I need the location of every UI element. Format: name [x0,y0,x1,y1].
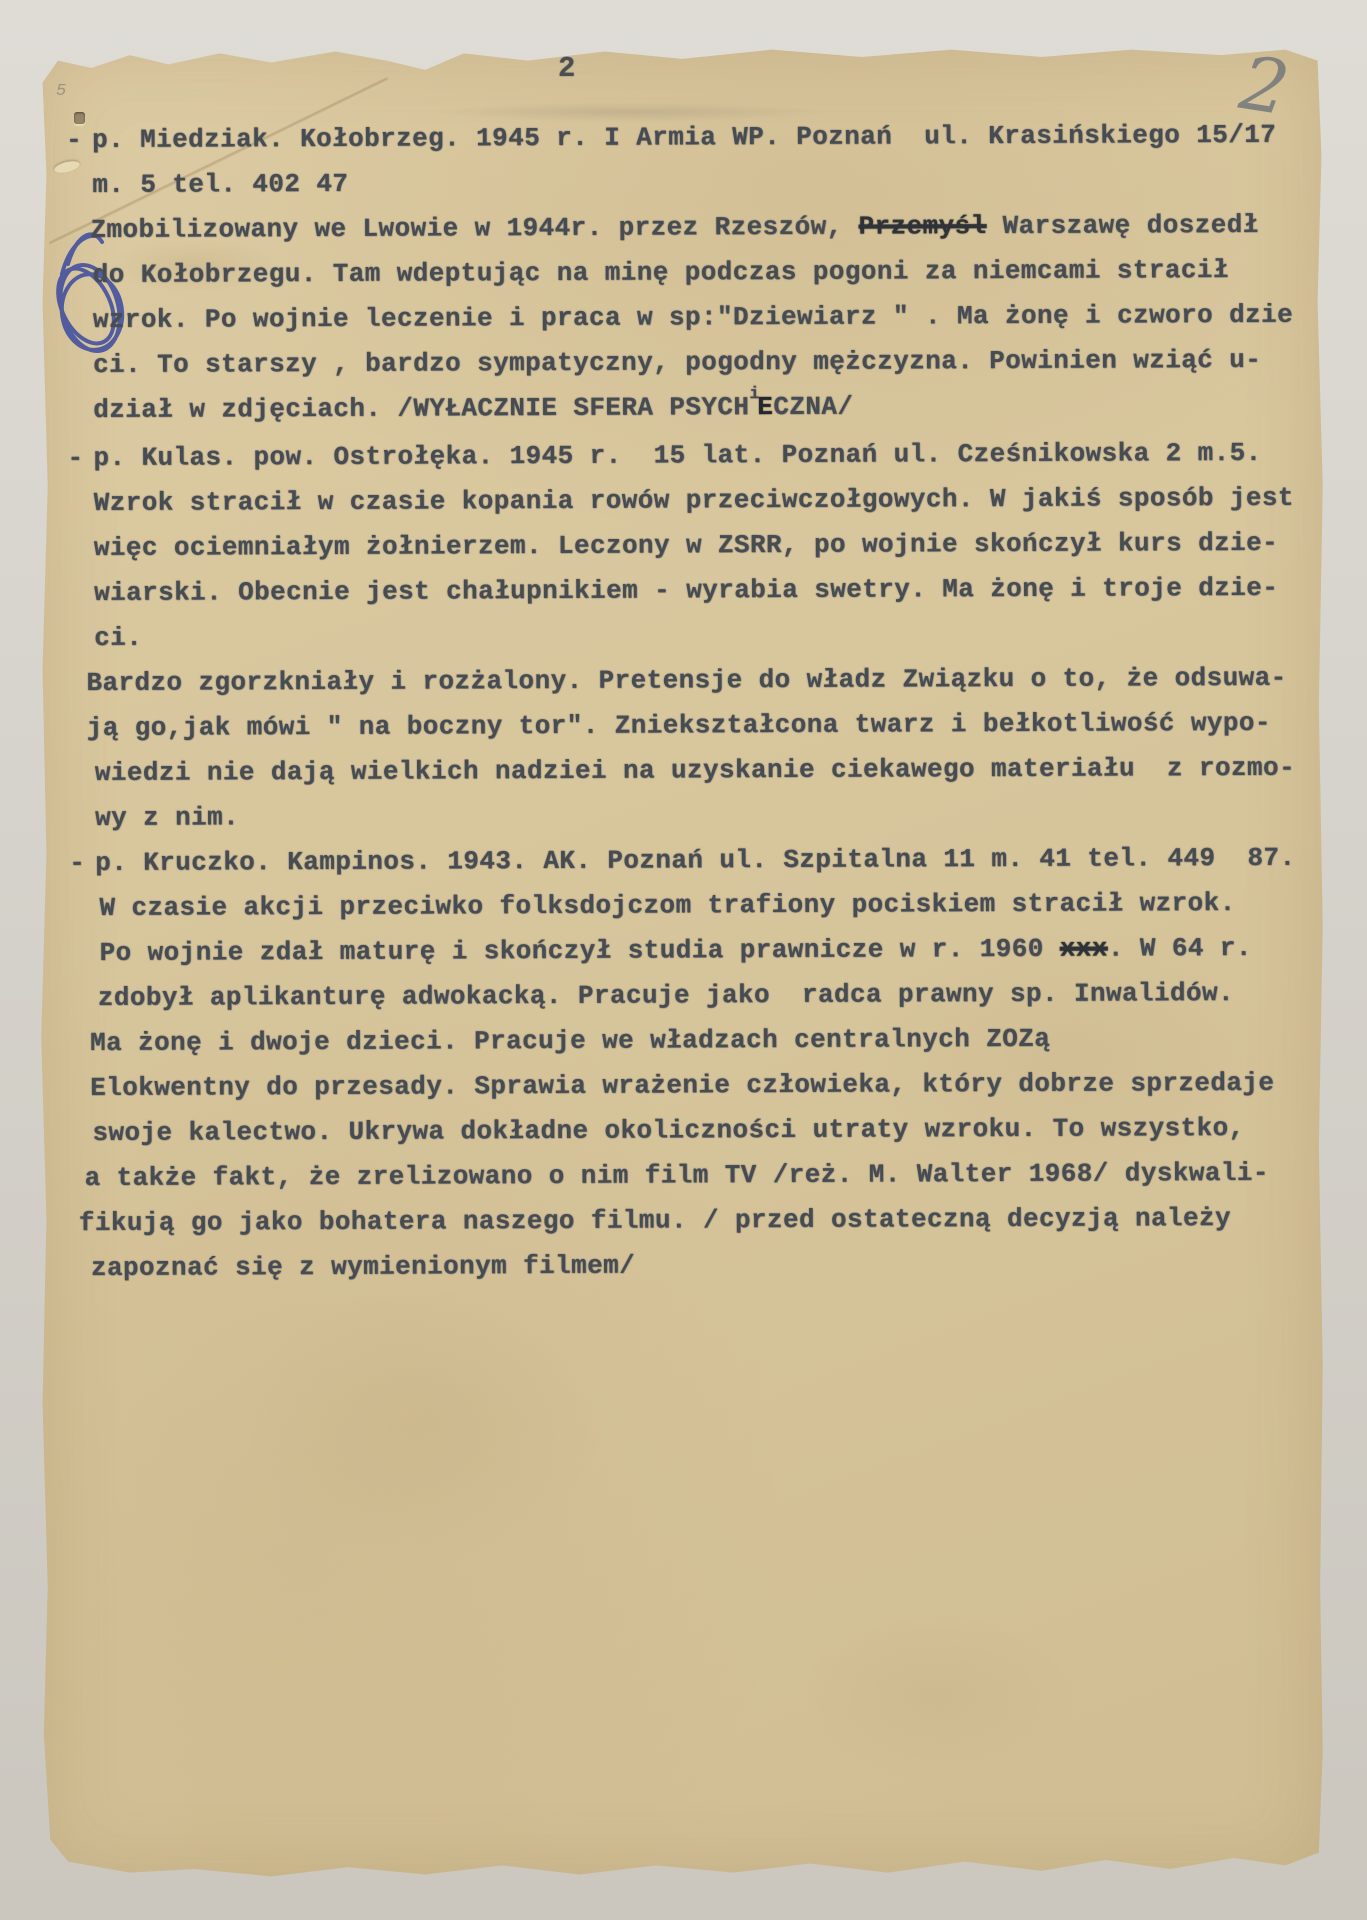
text-segment: p. Kruczko. Kampinos. 1943. AK. Poznań u… [95,843,1295,878]
entry: -p. Kruczko. Kampinos. 1943. AK. Poznań … [95,836,1323,1291]
text-segment: wzrok. Po wojnie leczenie i praca w sp:"… [93,300,1293,335]
text-segment: wiedzi nie dają wielkich nadziei na uzys… [95,753,1295,788]
text-segment: Ma żonę i dwoje dzieci. Pracuje we władz… [90,1024,1050,1058]
text-segment: zdobył aplikanturę adwokacką. Pracuje ja… [98,978,1234,1013]
entry-line: więc ociemniałym żołnierzem. Leczony w Z… [94,521,1320,571]
pencil-margin-mark: 5 [56,82,66,101]
text-segment: a także fakt, że zrelizowano o nim film … [85,1158,1269,1193]
dash-marker: - [66,118,82,163]
entry-line: Po wojnie zdał maturę i skończył studia … [100,926,1322,976]
text-segment: wy z nim. [95,802,239,833]
entry-line: a także fakt, że zrelizowano o nim film … [85,1151,1323,1201]
scan-background: { "page": { "typed_page_number": "2", "h… [0,0,1367,1920]
entry-line: W czasie akcji przeciwko folksdojczom tr… [99,881,1321,931]
text-segment: fikują go jako bohatera naszego filmu. /… [79,1203,1231,1238]
document-page: 2 2 5 -p. Miedziak. Kołobrzeg. 1945 r. I… [40,46,1324,1880]
entry-line: ci. To starszy , bardzo sympatyczny, pog… [93,338,1319,388]
entry-line: Ma żonę i dwoje dzieci. Pracuje we władz… [90,1016,1322,1066]
dash-marker: - [69,841,85,886]
text-segment: Przemyśl [859,211,987,242]
entry-line: wy z nim. [95,791,1321,841]
entry-line: zapoznać się z wymienionym filmem/ [91,1241,1323,1291]
text-segment: CZNA/ [773,392,853,422]
text-segment: Wzrok stracił w czasie kopania rowów prz… [94,483,1294,518]
entry: -p. Kulas. pow. Ostrołęka. 1945 r. 15 la… [93,431,1321,841]
text-segment: p. Miedziak. Kołobrzeg. 1945 r. I Armia … [92,120,1276,155]
entry-line: ci. [94,611,1320,661]
entry-line: wiedzi nie dają wielkich nadziei na uzys… [95,746,1321,796]
entry-line: Elokwentny do przesady. Sprawia wrażenie… [90,1061,1322,1111]
entry-line: wiarski. Obecnie jest chałupnikiem - wyr… [94,566,1320,616]
text-segment: ci. [94,623,142,653]
text-segment: zapoznać się z wymienionym filmem/ [91,1251,635,1283]
text-segment: do Kołobrzegu. Tam wdeptując na minę pod… [93,255,1229,290]
entry: -p. Miedziak. Kołobrzeg. 1945 r. I Armia… [92,113,1319,436]
text-segment: . W 64 r. [1108,933,1252,964]
text-segment: xxx [1060,934,1108,964]
text-segment: m. 5 tel. 402 47 [92,169,348,200]
entry-line: p. Miedziak. Kołobrzeg. 1945 r. I Armia … [92,113,1318,163]
text-segment: Warszawę doszedł [987,210,1259,241]
entries: -p. Miedziak. Kołobrzeg. 1945 r. I Armia… [92,113,1323,1291]
text-segment: Zmobilizowany we Lwowie w 1944r. przez R… [90,212,858,245]
text-segment: i [749,372,757,417]
typed-text-body: -p. Miedziak. Kołobrzeg. 1945 r. I Armia… [92,113,1323,1291]
text-segment: p. Kulas. pow. Ostrołęka. 1945 r. 15 lat… [93,438,1261,473]
text-segment: W czasie akcji przeciwko folksdojczom tr… [99,888,1235,923]
text-segment: więc ociemniałym żołnierzem. Leczony w Z… [94,528,1278,563]
entry-line: ją go,jak mówi " na boczny tor". Znieksz… [87,701,1321,751]
text-segment: swoje kalectwo. Ukrywa dokładne okoliczn… [92,1113,1244,1148]
entry-line: Wzrok stracił w czasie kopania rowów prz… [94,476,1320,526]
text-segment: Elokwentny do przesady. Sprawia wrażenie… [90,1068,1274,1103]
text-segment: dział w zdjęciach. /WYŁACZNIE SFERA PSYC… [93,392,749,425]
entry-line: p. Kulas. pow. Ostrołęka. 1945 r. 15 lat… [93,431,1319,481]
entry-line: Bardzo zgorzkniały i rozżalony. Pretensj… [86,656,1320,706]
entry-line: p. Kruczko. Kampinos. 1943. AK. Poznań u… [95,836,1321,886]
entry-line: wzrok. Po wojnie leczenie i praca w sp:"… [93,293,1319,343]
text-segment: Bardzo zgorzkniały i rozżalony. Pretensj… [86,663,1286,698]
entry-line: zdobył aplikanturę adwokacką. Pracuje ja… [98,971,1322,1021]
entry-line: dział w zdjęciach. /WYŁACZNIE SFERA PSYC… [93,383,1319,436]
entry-line: do Kołobrzegu. Tam wdeptując na minę pod… [93,248,1319,298]
entry-line: swoje kalectwo. Ukrywa dokładne okoliczn… [92,1106,1322,1156]
entry-line: m. 5 tel. 402 47 [92,158,1318,208]
text-segment: wiarski. Obecnie jest chałupnikiem - wyr… [94,573,1278,608]
typed-page-number: 2 [558,52,575,85]
text-segment: ci. To starszy , bardzo sympatyczny, pog… [93,345,1261,380]
dash-marker: - [67,436,83,481]
entry-line: fikują go jako bohatera naszego filmu. /… [79,1196,1323,1246]
text-segment: Po wojnie zdał maturę i skończył studia … [100,934,1060,968]
entry-line: Zmobilizowany we Lwowie w 1944r. przez R… [90,203,1318,253]
text-segment: ją go,jak mówi " na boczny tor". Znieksz… [87,708,1271,743]
